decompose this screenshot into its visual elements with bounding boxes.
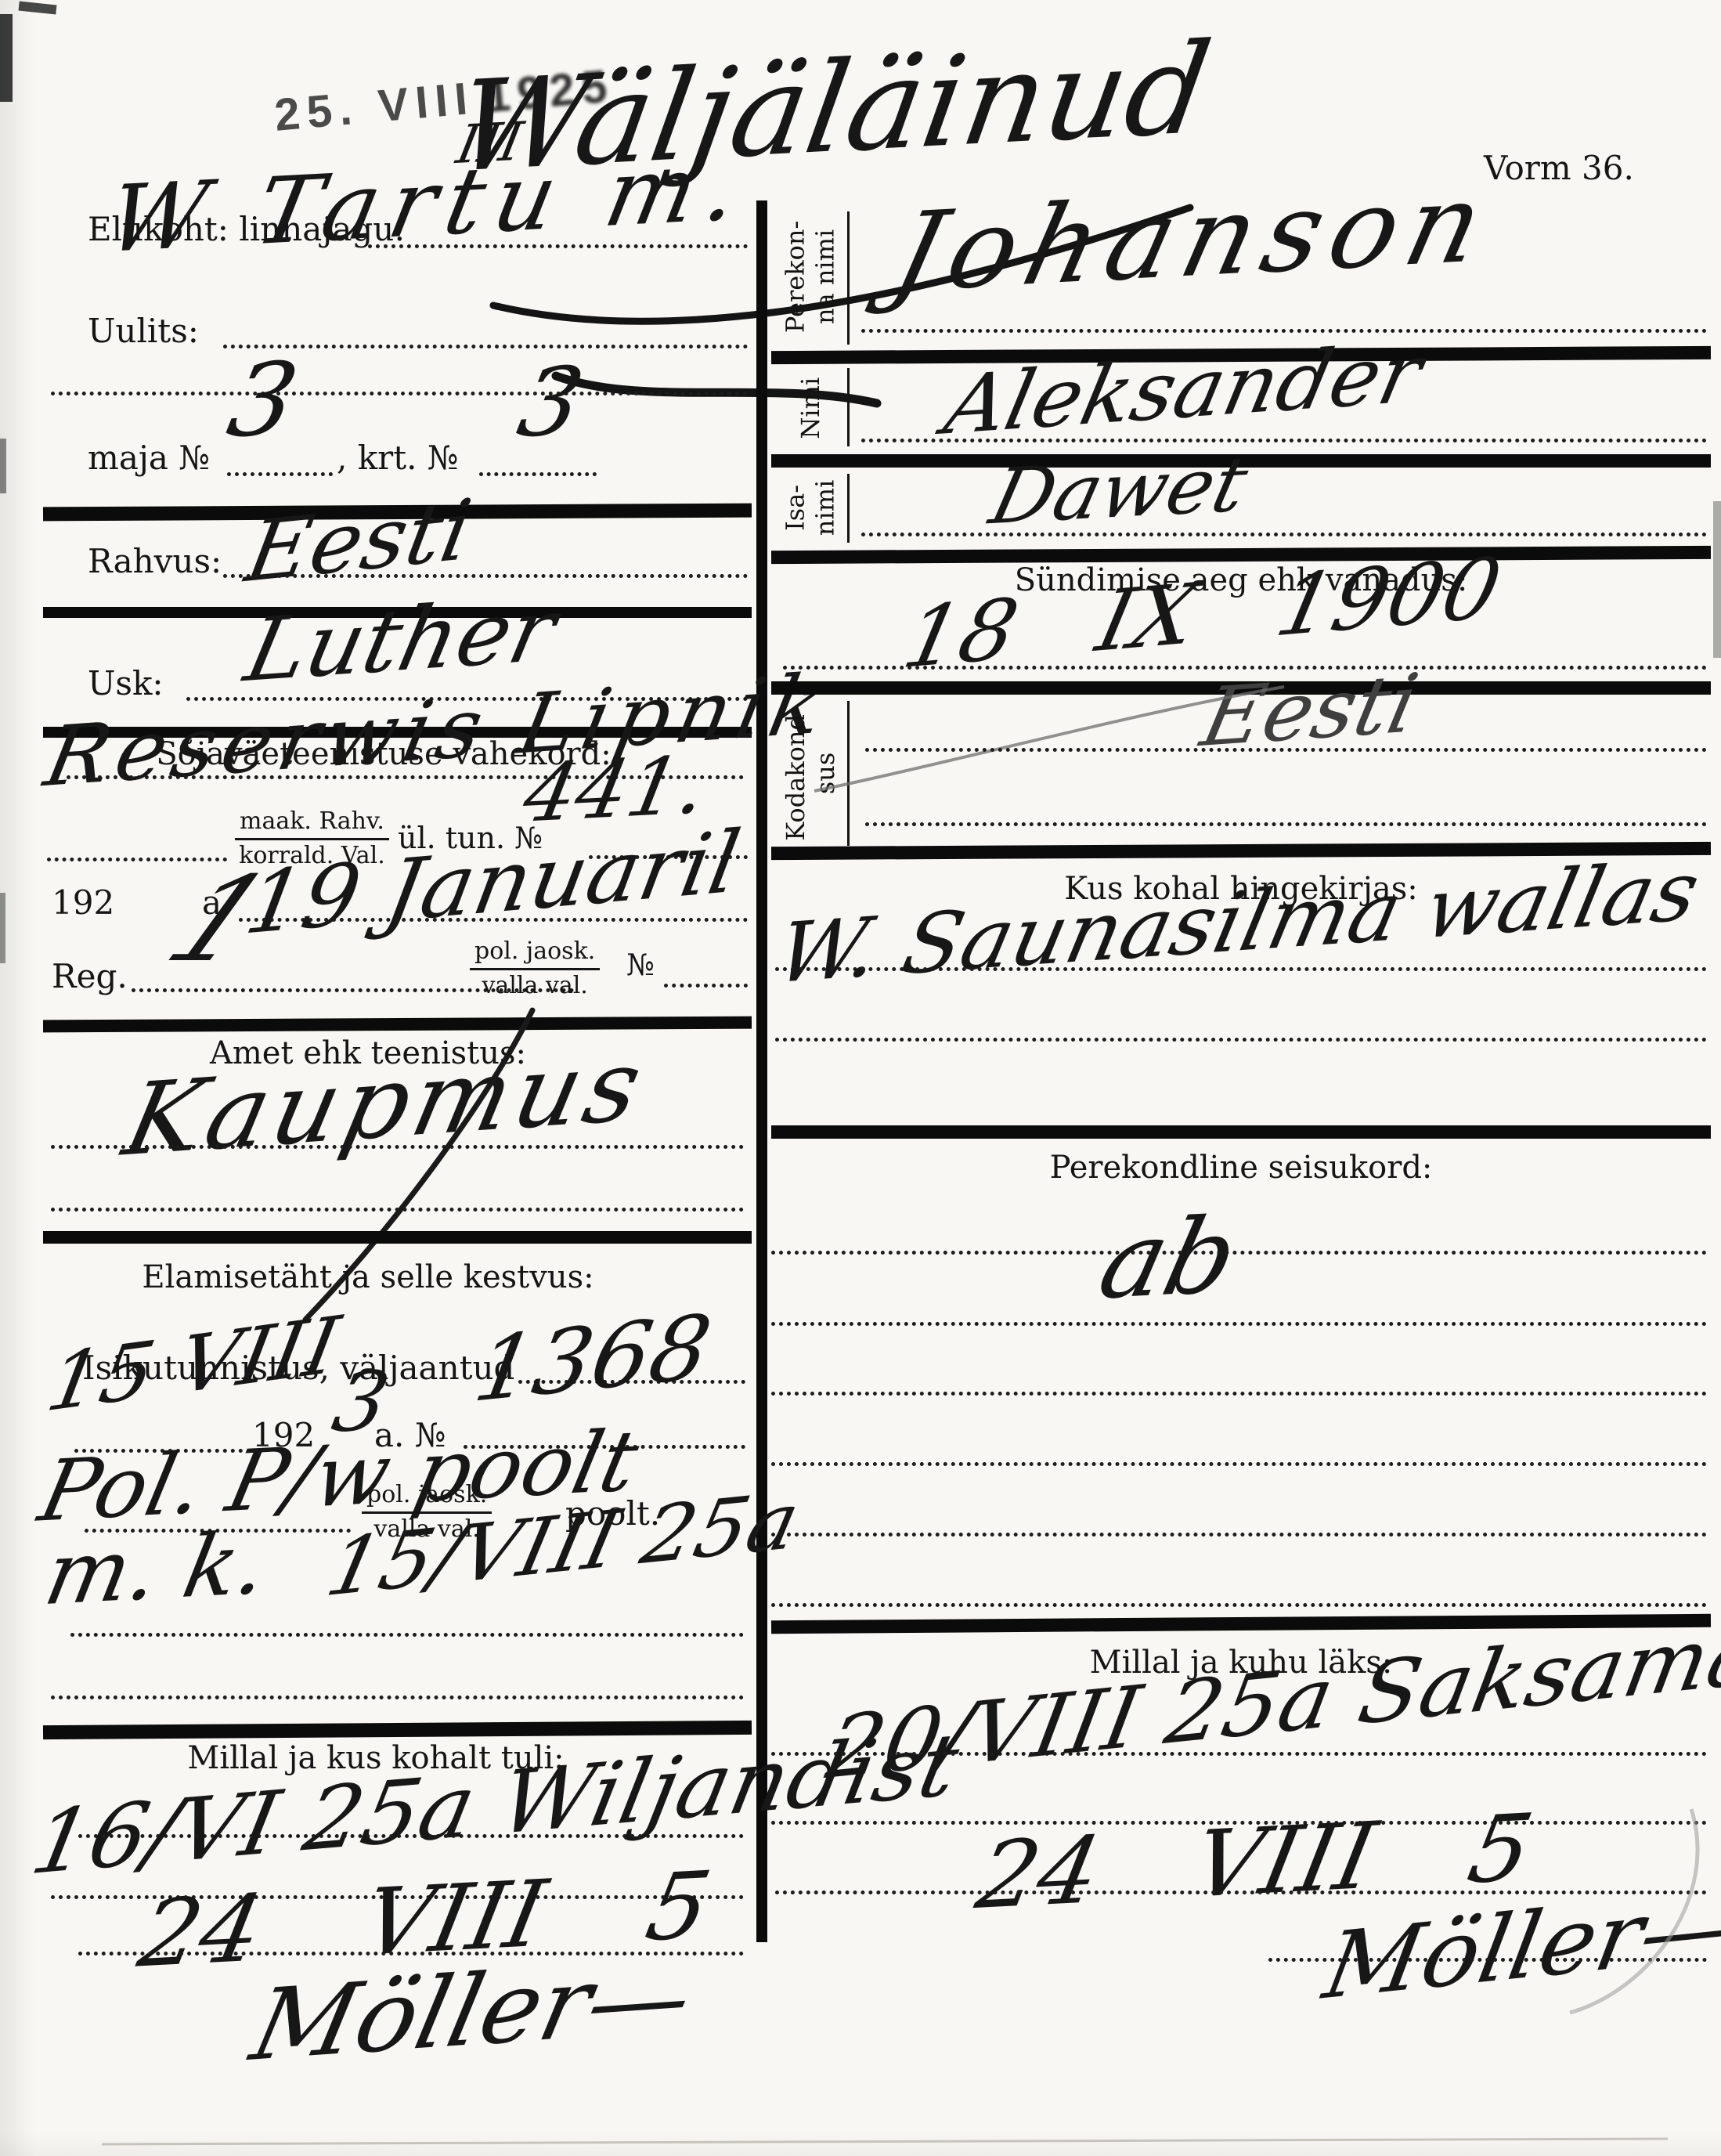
spine-line	[847, 474, 850, 543]
dotted-line	[47, 858, 227, 861]
dotted-line	[479, 472, 597, 476]
maja-label: maja №	[88, 439, 210, 477]
scan-artifact	[0, 439, 6, 493]
maja-number-handwriting: 3	[221, 349, 305, 453]
pol-jaosk-label: pol. jaosk. valla val.	[470, 938, 600, 999]
dotted-line	[775, 967, 1707, 971]
dotted-line	[223, 574, 748, 578]
dotted-line	[51, 1145, 744, 1149]
elamisetaht-heading: Elamisetäht ja selle kestvus:	[86, 1259, 650, 1295]
isik-mk-handwriting: m. k.	[39, 1520, 275, 1617]
dotted-line	[51, 1208, 744, 1212]
dotted-line	[227, 472, 333, 476]
dotted-line	[771, 1752, 1707, 1756]
dotted-line	[78, 1834, 744, 1838]
seisukord-heading: Perekondline seisukord:	[830, 1150, 1652, 1186]
perekonnanimi-handwriting: Johanson	[884, 169, 1502, 309]
spine-line	[847, 368, 850, 446]
dotted-line	[664, 984, 748, 988]
reg-no-label: №	[626, 948, 655, 982]
usk-label: Usk:	[88, 664, 164, 702]
dotted-line	[861, 533, 1707, 536]
rahvus-label: Rahvus:	[88, 542, 222, 580]
dotted-line	[771, 1251, 1707, 1255]
nimi-label: Nimi	[771, 362, 850, 454]
perekonnanimi-label-line1: Perekon-	[781, 220, 810, 332]
isik-no-handwriting: 1368	[468, 1302, 717, 1415]
isik-date-handwriting: 15 VIII	[41, 1306, 345, 1425]
dotted-line	[70, 1633, 744, 1637]
dotted-line	[865, 748, 1707, 752]
dotted-line	[51, 392, 748, 395]
dotted-line	[861, 329, 1707, 333]
reg-label: Reg.	[52, 957, 128, 995]
pol-jaosk-line2: valla val.	[470, 970, 600, 1000]
scan-artifact	[0, 893, 5, 963]
dotted-line	[239, 918, 748, 922]
krt-label: , krt. №	[337, 439, 459, 477]
pencil-slash	[806, 677, 1292, 795]
form-number: Vorm 36.	[1484, 149, 1634, 187]
pencil-scribble	[1527, 1801, 1715, 2028]
dotted-line	[771, 1392, 1707, 1396]
isanimi-label-line2: nimi	[810, 480, 840, 536]
scan-artifact	[19, 2, 57, 15]
section-bar	[771, 1125, 1711, 1139]
dotted-line	[865, 822, 1707, 826]
scan-bottom-edge	[102, 2138, 1668, 2146]
dotted-line	[771, 1533, 1707, 1537]
dotted-line	[775, 1038, 1707, 1042]
column-divider	[756, 200, 767, 1942]
dotted-line	[771, 1603, 1707, 1607]
perekonnanimi-label: Perekon- na nimi	[771, 202, 850, 351]
perekonnanimi-label-line2: na nimi	[810, 220, 840, 332]
scan-artifact	[0, 14, 13, 102]
uulits-label: Uulits:	[88, 312, 199, 350]
seisukord-handwriting: ab	[1091, 1203, 1247, 1314]
stamp-day-month: 25. VIII	[272, 73, 476, 141]
isanimi-label-line1: Isa-	[781, 480, 810, 536]
section-bar	[43, 1231, 752, 1244]
year-prefix-label: 192	[52, 883, 114, 922]
dotted-line	[771, 1322, 1707, 1326]
maak-rahv-line1: maak. Rahv.	[235, 808, 389, 840]
nimi-label-text: Nimi	[796, 377, 825, 439]
section-bar	[43, 1721, 752, 1739]
dotted-line	[771, 1462, 1707, 1466]
isanimi-handwriting: Dawet	[983, 446, 1254, 536]
dotted-line	[861, 439, 1707, 442]
spine-line	[847, 211, 850, 345]
rahvus-handwriting: Eesti	[240, 489, 477, 595]
scanned-form-page: 25. VIII1925 Wäljäläinud Vorm 36. Elukoh…	[0, 0, 1721, 2156]
pol-jaosk-line1: pol. jaosk.	[470, 938, 600, 970]
section-bar	[771, 546, 1711, 564]
year-a-label: a.	[202, 883, 232, 922]
scan-artifact	[1713, 501, 1721, 658]
tuli-signature: Möller—	[244, 1947, 701, 2075]
isanimi-label: Isa- nimi	[771, 468, 850, 548]
dotted-line	[51, 1696, 744, 1699]
